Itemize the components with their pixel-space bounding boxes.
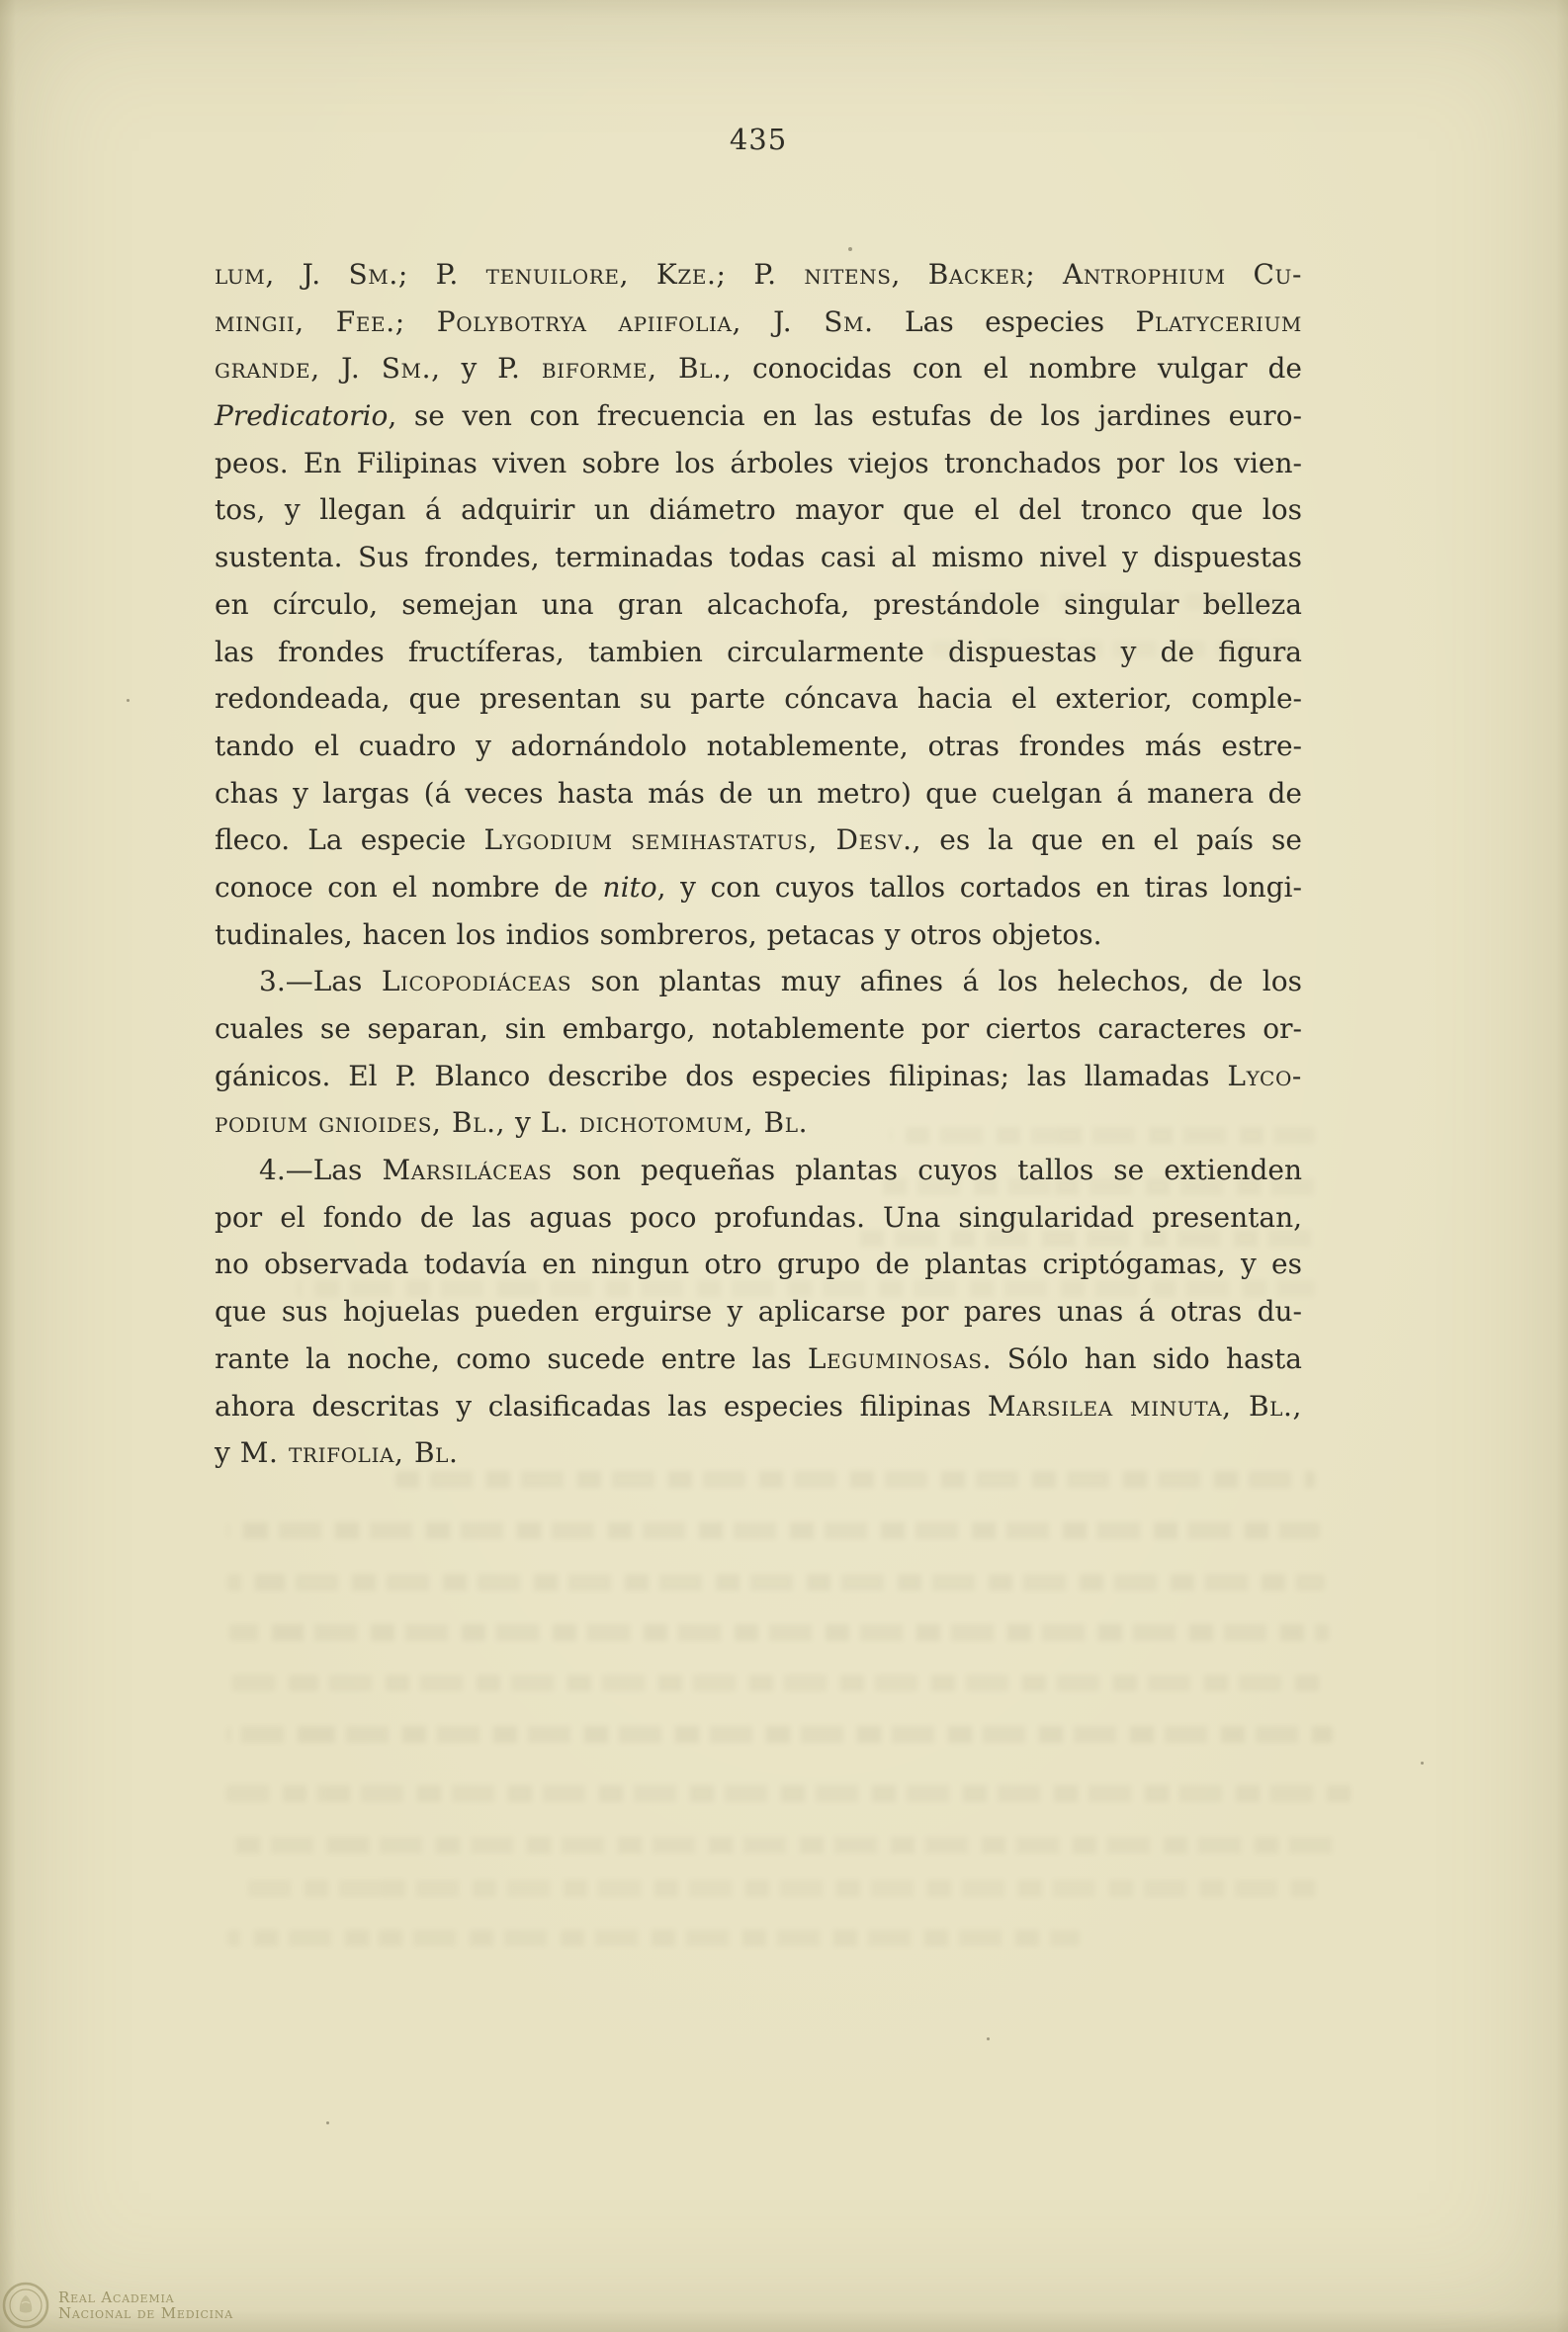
- paper-speck: [127, 699, 130, 702]
- text-segment: 4.—Las: [259, 1154, 382, 1186]
- text-segment: y: [505, 1106, 541, 1139]
- page-number: 435: [215, 123, 1302, 156]
- text-segment: y: [215, 1436, 240, 1469]
- bleed-through-line: [890, 1127, 1315, 1144]
- text-segment: cuales se separan, sin embargo, notablem…: [215, 1012, 1302, 1045]
- text-segment: ahora descritas y clasificadas las espec…: [215, 1390, 988, 1423]
- text-line: redondeada, que presentan su parte cónca…: [215, 675, 1302, 723]
- text-segment: 3.—Las: [259, 965, 382, 997]
- text-segment: conocidas con el nombre vulgar de: [732, 352, 1302, 385]
- paper-speck: [848, 247, 852, 251]
- text-segment: , y con cuyos tallos cortados en tiras l…: [657, 871, 1302, 904]
- text-segment: Platycerium: [1136, 305, 1302, 338]
- text-segment: mingii, Fee.; Polybotrya apiifolia, J. S…: [215, 305, 874, 338]
- text-segment: Lygodium semihastatus, Desv.,: [483, 823, 921, 856]
- text-segment: . Sólo han sido hasta: [983, 1342, 1302, 1375]
- text-line: Predicatorio, se ven con frecuencia en l…: [215, 392, 1302, 440]
- text-line: tos, y llegan á adquirir un diámetro may…: [215, 486, 1302, 534]
- text-segment: y: [441, 352, 498, 385]
- text-segment: gánicos. El P. Blanco describe dos espec…: [215, 1060, 1227, 1092]
- bleed-through-line: [297, 1280, 1315, 1297]
- text-line: chas y largas (á veces hasta más de un m…: [215, 770, 1302, 818]
- text-segment: Marsiláceas: [382, 1154, 552, 1186]
- text-segment: redondeada, que presentan su parte cónca…: [215, 682, 1302, 715]
- text-line: conoce con el nombre de nito, y con cuyo…: [215, 864, 1302, 911]
- bleed-through-line: [929, 641, 1305, 657]
- bleed-through-line: [227, 1574, 1325, 1591]
- text-segment: tos, y llegan á adquirir un diámetro may…: [215, 493, 1302, 526]
- text-segment: Marsilea minuta, Bl.,: [988, 1390, 1302, 1423]
- text-line: tudinales, hacen los indios sombreros, p…: [215, 911, 1302, 959]
- paper-speck: [987, 2037, 990, 2040]
- text-line: lum, J. Sm.; P. tenuilore, Kze.; P. nite…: [215, 251, 1302, 299]
- text-line: y M. trifolia, Bl.: [215, 1429, 1302, 1477]
- text-segment: que sus hojuelas pueden erguirse y aplic…: [215, 1295, 1302, 1328]
- academy-seal-icon: [2, 2282, 49, 2329]
- bleed-through-line: [247, 1880, 1325, 1897]
- text-segment: son plantas muy afines á los helechos, d…: [571, 965, 1302, 997]
- watermark-line2: Nacional de Medicina: [58, 2305, 233, 2322]
- text-segment: P. biforme, Bl.,: [497, 352, 732, 385]
- text-line: mingii, Fee.; Polybotrya apiifolia, J. S…: [215, 299, 1302, 346]
- text-line: cuales se separan, sin embargo, notablem…: [215, 1005, 1302, 1053]
- text-segment: Leguminosas: [808, 1342, 983, 1375]
- text-line: sustenta. Sus frondes, terminadas todas …: [215, 534, 1302, 581]
- text-segment: nito: [603, 871, 657, 904]
- bleed-through-line: [870, 1178, 1315, 1195]
- text-segment: por el fondo de las aguas poco profundas…: [215, 1201, 1302, 1234]
- bleed-through-line: [227, 1726, 1333, 1743]
- text-segment: lum, J. Sm.; P. tenuilore, Kze.; P. nite…: [215, 258, 1302, 291]
- paper-speck: [326, 2121, 329, 2124]
- book-page: 435 lum, J. Sm.; P. tenuilore, Kze.; P. …: [0, 0, 1568, 2332]
- text-line: tando el cuadro y adornándolo notablemen…: [215, 723, 1302, 770]
- text-line: rante la noche, como sucede entre las Le…: [215, 1336, 1302, 1383]
- text-segment: tando el cuadro y adornándolo notablemen…: [215, 730, 1302, 762]
- text-segment: Predicatorio: [215, 399, 388, 432]
- text-line: ahora descritas y clasificadas las espec…: [215, 1383, 1302, 1430]
- text-segment: grande, J. Sm.,: [215, 352, 441, 385]
- text-line: 3.—Las Licopodiáceas son plantas muy afi…: [215, 958, 1302, 1005]
- text-segment: conoce con el nombre de: [215, 871, 603, 904]
- text-segment: L. dichotomum, Bl.: [541, 1106, 808, 1139]
- text-line: fleco. La especie Lygodium semihastatus,…: [215, 817, 1302, 864]
- text-segment: fleco. La especie: [215, 823, 483, 856]
- text-segment: podium gnioides, Bl.,: [215, 1106, 505, 1139]
- bleed-through-line: [227, 1675, 1325, 1691]
- bleed-through-line: [850, 1230, 1315, 1247]
- text-line: gánicos. El P. Blanco describe dos espec…: [215, 1053, 1302, 1100]
- bleed-through-line: [227, 1522, 1320, 1539]
- text-segment: Licopodiáceas: [382, 965, 571, 997]
- bleed-through-line: [227, 1930, 1080, 1946]
- library-watermark: Real Academia Nacional de Medicina: [2, 2282, 233, 2329]
- text-line: peos. En Filipinas viven sobre los árbol…: [215, 440, 1302, 487]
- bleed-through-line: [225, 1785, 1360, 1802]
- text-line: grande, J. Sm., y P. biforme, Bl., conoc…: [215, 345, 1302, 392]
- text-segment: , se ven con frecuencia en las estufas d…: [388, 399, 1302, 432]
- paper-speck: [1421, 1762, 1424, 1765]
- bleed-through-line: [227, 1837, 1337, 1854]
- text-segment: chas y largas (á veces hasta más de un m…: [215, 777, 1302, 810]
- bleed-through-line: [229, 1624, 1329, 1641]
- text-segment: peos. En Filipinas viven sobre los árbol…: [215, 447, 1302, 479]
- text-segment: rante la noche, como sucede entre las: [215, 1342, 808, 1375]
- text-segment: sustenta. Sus frondes, terminadas todas …: [215, 541, 1302, 573]
- text-segment: M. trifolia, Bl.: [240, 1436, 459, 1469]
- text-segment: es la que en el país se: [921, 823, 1302, 856]
- watermark-line1: Real Academia: [58, 2289, 233, 2306]
- text-segment: tudinales, hacen los indios sombreros, p…: [215, 918, 1101, 951]
- text-segment: no observada todavía en ningun otro grup…: [215, 1248, 1302, 1280]
- bleed-through-line: [395, 1471, 1315, 1488]
- text-segment: Lyco-: [1227, 1060, 1302, 1092]
- watermark-text: Real Academia Nacional de Medicina: [58, 2289, 233, 2322]
- text-segment: Las especies: [874, 305, 1136, 338]
- bleed-through-line: [969, 593, 1295, 610]
